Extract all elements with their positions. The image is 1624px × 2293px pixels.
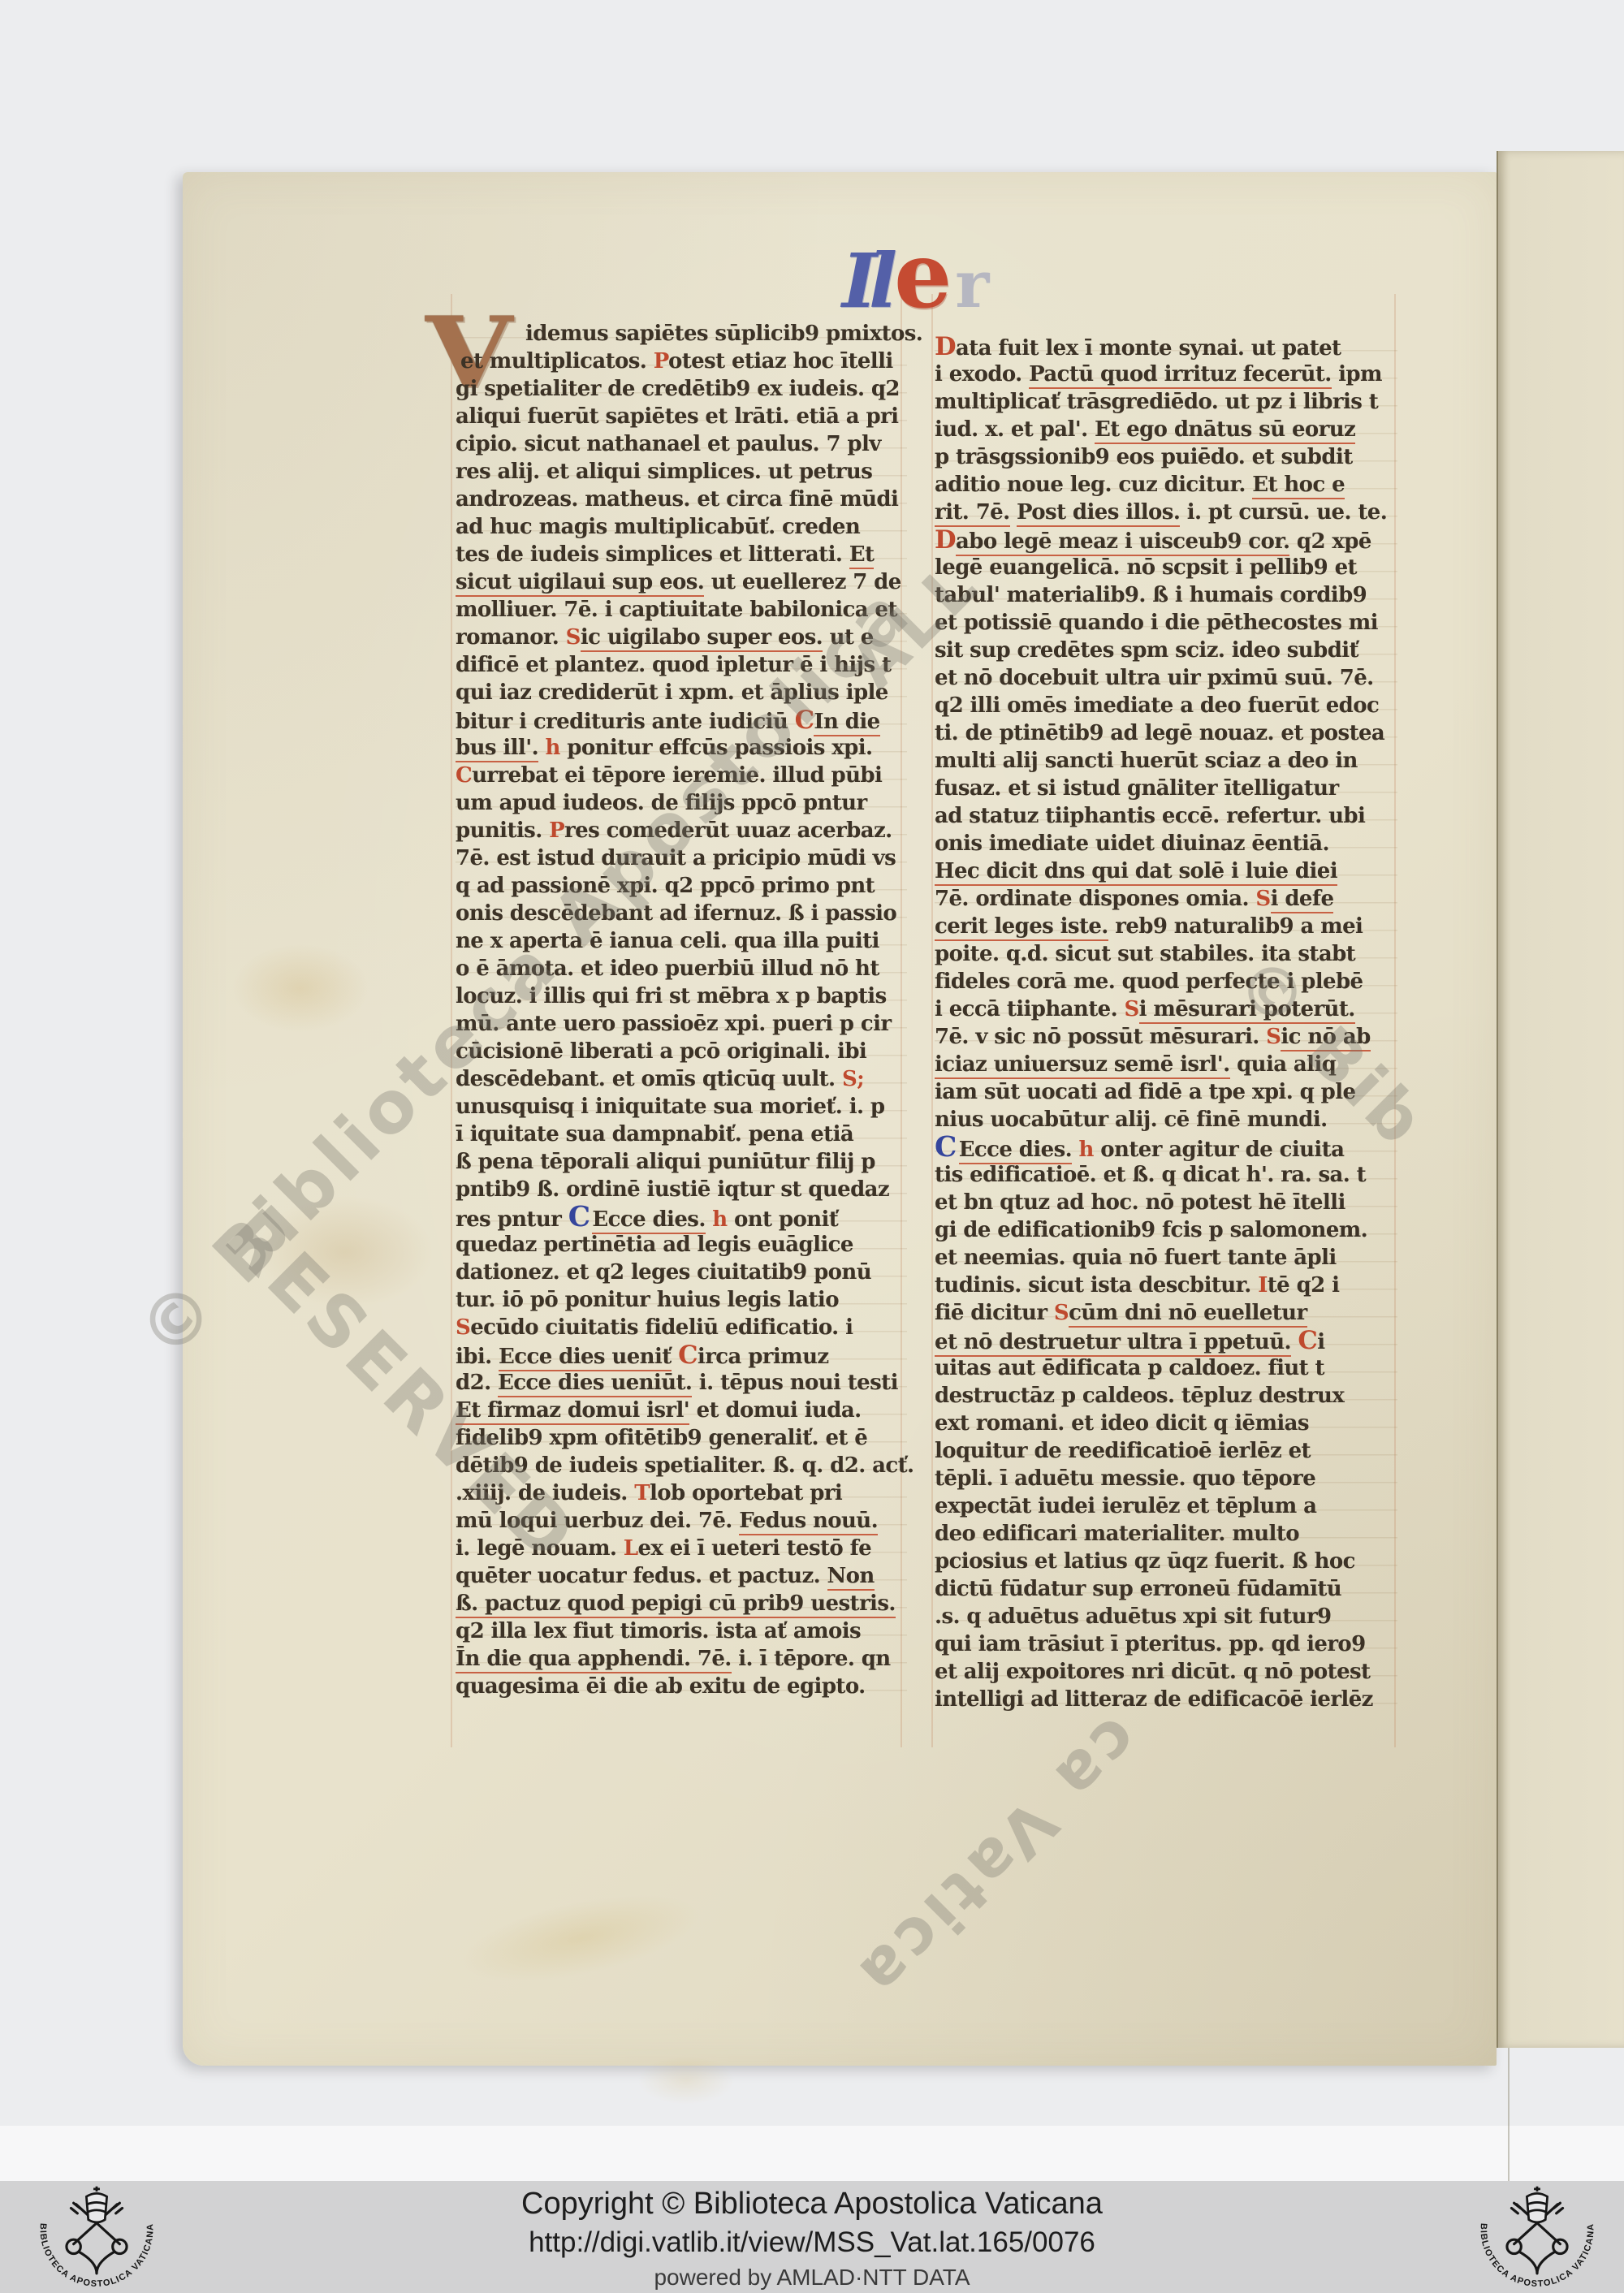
manuscript-line: et nō destruetur ultra ī ppetuū. Ci xyxy=(935,1327,1397,1354)
manuscript-line: bus ill'. h ponitur effcūs passiois xpi. xyxy=(456,734,907,762)
manuscript-line: molliuer. 7ē. i captiuitate babilonica e… xyxy=(456,596,907,624)
manuscript-line: Dabo legē meaz i uisceub9 cor. q2 xpē xyxy=(935,526,1397,554)
parchment-stain xyxy=(231,944,369,1033)
manuscript-line: ī iquitate sua dampnabiť. pena etiā xyxy=(456,1121,907,1148)
manuscript-line: i eccā tiiphante. Si mēsurari poterūt. xyxy=(935,995,1397,1023)
manuscript-line: 7ē. ordinate dispones omia. Si defe xyxy=(935,885,1397,913)
text-column-left: idemus sapiētes sūplicib9 pmixtos.et mul… xyxy=(456,320,907,1700)
manuscript-line: Secūdo ciuitatis fideliū edificatio. i xyxy=(456,1314,907,1341)
manuscript-line: intelligi ad litteraz de edificacōē ierl… xyxy=(935,1686,1397,1713)
manuscript-line: ß pena tēporali aliqui puniūtur filij p xyxy=(456,1148,907,1176)
footer-white-strip xyxy=(0,2126,1624,2181)
parchment-stain xyxy=(637,2056,735,2105)
facing-page-edge xyxy=(1497,151,1624,2048)
manuscript-line: romanor. Sic uigilabo super eos. ut e xyxy=(456,624,907,651)
manuscript-line: descēdebant. et omīs qticūq uult. S; xyxy=(456,1065,907,1093)
manuscript-line: ti. de ptinētib9 ad legē nouaz. et poste… xyxy=(935,719,1397,747)
manuscript-line: Data fuit lex ī monte synai. ut patet xyxy=(935,333,1397,361)
manuscript-line: dationez. et q2 leges ciuitatib9 ponū xyxy=(456,1259,907,1286)
footer-copyright: Copyright © Biblioteca Apostolica Vatica… xyxy=(0,2184,1624,2223)
ruling-guide xyxy=(931,294,933,1747)
manuscript-line: q2 illa lex fiut timoris. ista ať amois xyxy=(456,1617,907,1645)
manuscript-line: cerit leges iste. reb9 naturalib9 a mei xyxy=(935,913,1397,940)
running-title-offset-ghost: r xyxy=(955,246,989,322)
manuscript-line: um apud iudeos. de filijs ppcō pntur xyxy=(456,789,907,817)
manuscript-line: quēter uocatur fedus. et pactuz. Non xyxy=(456,1562,907,1590)
manuscript-line: tabul' materialib9. ß i humais cordib9 xyxy=(935,581,1397,609)
manuscript-line: ext romani. et ideo dicit q iēmias xyxy=(935,1410,1397,1437)
manuscript-line: q ad passionē xpi. q2 ppcō primo pnt xyxy=(456,872,907,900)
manuscript-line: fidelib9 xpm ofitētib9 generaliť. et ē xyxy=(456,1424,907,1452)
manuscript-line: sicut uigilaui sup eos. ut euellerez 7 d… xyxy=(456,568,907,596)
svg-text:BIBLIOTECA APOSTOLICA VATICANA: BIBLIOTECA APOSTOLICA VATICANA xyxy=(1478,2223,1596,2289)
manuscript-line: et bn qtuz ad hoc. nō potest hē ītelli xyxy=(935,1189,1397,1216)
manuscript-line: uitas aut ēdificata p caldoez. fiut t xyxy=(935,1354,1397,1382)
text-column-right: Data fuit lex ī monte synai. ut pateti e… xyxy=(935,333,1397,1713)
manuscript-line: iam sūt uocati ad fidē a tpe xpi. q ple xyxy=(935,1078,1397,1106)
running-title-red: e xyxy=(894,222,952,329)
manuscript-line: gi de edificationib9 fcis p salomonem. xyxy=(935,1216,1397,1244)
manuscript-line: Īn die qua apphendi. 7ē. i. ī tēpore. qn xyxy=(456,1645,907,1673)
manuscript-line: Currebat ei tēpore ieremie. illud pūbi xyxy=(456,762,907,789)
manuscript-line: idemus sapiētes sūplicib9 pmixtos. xyxy=(456,320,907,348)
manuscript-line: qui iaz crediderūt i xpm. et āplius iple xyxy=(456,679,907,706)
manuscript-line: q2 illi omēs imediate a deo fuerūt edoc xyxy=(935,692,1397,719)
manuscript-line: .xiiij. de iudeis. Tlob oportebat pri xyxy=(456,1479,907,1507)
logo-caption: BIBLIOTECA APOSTOLICA VATICANA xyxy=(37,2223,155,2289)
manuscript-line: ad huc magis multiplicabūť. creden xyxy=(456,513,907,541)
logo-caption: BIBLIOTECA APOSTOLICA VATICANA xyxy=(1478,2223,1596,2289)
manuscript-line: 7ē. v sic nō possūt mēsurari. Sic nō ab xyxy=(935,1023,1397,1051)
footer-text: Copyright © Biblioteca Apostolica Vatica… xyxy=(0,2184,1624,2293)
manuscript-line: et multiplicatos. Potest etiaz hoc ītell… xyxy=(456,348,907,375)
manuscript-line: aditio noue leg. cuz dicitur. Et hoc e xyxy=(935,471,1397,499)
manuscript-line: loquitur de reedificatioē ierlēz et xyxy=(935,1437,1397,1465)
papal-tiara-icon xyxy=(86,2187,106,2222)
manuscript-line: qui iam trāsiut ī pteritus. pp. qd iero9 xyxy=(935,1630,1397,1658)
scan-viewport: Iler V idemus sapiētes sūplicib9 pmixtos… xyxy=(0,0,1624,2293)
parchment-stain xyxy=(454,1877,707,1999)
manuscript-line: gi spetialiter de credētib9 ex iudeis. q… xyxy=(456,375,907,403)
manuscript-line: cipio. sicut nathanael et paulus. 7 plv xyxy=(456,430,907,458)
manuscript-line: quagesima ēi die ab exitu de egipto. xyxy=(456,1673,907,1700)
manuscript-line: pciosius et latius qz ūqz fuerit. ß hoc xyxy=(935,1548,1397,1575)
manuscript-line: d2. Ecce dies ueniūt. i. tēpus noui test… xyxy=(456,1369,907,1397)
manuscript-line: p trāsgssionib9 eos puiēdo. et subdit xyxy=(935,443,1397,471)
manuscript-line: onis imediate uidet diuinaz ēentiā. xyxy=(935,830,1397,857)
manuscript-line: fusaz. et si istud gnāliter ītelligatur xyxy=(935,775,1397,802)
manuscript-line: fideles corā me. quod perfecte i plebē xyxy=(935,968,1397,995)
manuscript-line: dētib9 de iudeis spetialiter. ß. q. d2. … xyxy=(456,1452,907,1479)
manuscript-line: .s. q aduētus aduētus xpi sit futur9 xyxy=(935,1603,1397,1630)
manuscript-line: mū loqui uerbuz dei. 7ē. Fedus nouū. xyxy=(456,1507,907,1535)
manuscript-line: destructāz p caldeos. tēpluz destrux xyxy=(935,1382,1397,1410)
running-title: Iler xyxy=(842,222,989,320)
footer-powered: powered by AMLAD·NTT DATA xyxy=(0,2261,1624,2293)
manuscript-line: tes de iudeis simplices et litterati. Et xyxy=(456,541,907,568)
manuscript-line: i. legē nouam. Lex ei ī ueteri testō fe xyxy=(456,1535,907,1562)
manuscript-line: cūcisionē liberati a pcō originali. ibi xyxy=(456,1038,907,1065)
manuscript-line: tudinis. sicut ista descbitur. Itē q2 i xyxy=(935,1272,1397,1299)
manuscript-line: et neemias. quia nō fuert tante āpli xyxy=(935,1244,1397,1272)
manuscript-line: tēpli. ī aduētu messie. quo tēpore xyxy=(935,1465,1397,1492)
manuscript-line: deo edificari materialiter. multo xyxy=(935,1520,1397,1548)
manuscript-line: iciaz uniuersuz semē isrl'. quia aliq xyxy=(935,1051,1397,1078)
manuscript-line: iud. x. et pal'. Et ego dnātus sū eoruz xyxy=(935,416,1397,443)
manuscript-line: res pntur CEcce dies. h ont poniť xyxy=(456,1203,907,1231)
manuscript-line: Et firmaz domui isrl' et domui iuda. xyxy=(456,1397,907,1424)
manuscript-line: i exodo. Pactū quod irrituz fecerūt. ipm xyxy=(935,361,1397,388)
manuscript-line: ß. pactuz quod pepigi cū prib9 uestris. xyxy=(456,1590,907,1617)
manuscript-line: tis edificatioē. et ß. q dicat h'. ra. s… xyxy=(935,1161,1397,1189)
manuscript-line: res alij. et aliqui simplices. ut petrus xyxy=(456,458,907,486)
manuscript-line: ad statuz tiiphantis eccē. refertur. ubi xyxy=(935,802,1397,830)
vatican-library-logo-left: BIBLIOTECA APOSTOLICA VATICANA xyxy=(19,2183,174,2291)
manuscript-line: dictū fūdatur sup erroneū fūdamītū xyxy=(935,1575,1397,1603)
footer-url: http://digi.vatlib.it/view/MSS_Vat.lat.1… xyxy=(0,2223,1624,2261)
manuscript-line: et nō docebuit ultra uir pximū suū. 7ē. xyxy=(935,664,1397,692)
manuscript-page: Iler V idemus sapiētes sūplicib9 pmixtos… xyxy=(183,172,1497,2066)
running-title-blue: Il xyxy=(842,237,889,325)
manuscript-line: unusquisq i iniquitate sua morieť. i. p xyxy=(456,1093,907,1121)
manuscript-line: et alij expoitores nri dicūt. q nō potes… xyxy=(935,1658,1397,1686)
papal-tiara-icon xyxy=(1527,2187,1547,2222)
manuscript-line: quedaz pertinētia ad legis euāglice xyxy=(456,1231,907,1259)
manuscript-line: ne x aperta ē ianua celi. qua illa puiti xyxy=(456,927,907,955)
manuscript-line: onis descēdebant ad ifernuz. ß i passio xyxy=(456,900,907,927)
vatican-library-logo-right: BIBLIOTECA APOSTOLICA VATICANA xyxy=(1460,2183,1614,2291)
manuscript-line: o ē āmota. et ideo puerbiū illud nō ht xyxy=(456,955,907,982)
manuscript-line: ibi. Ecce dies ueniť Circa primuz xyxy=(456,1341,907,1369)
page-edge-line xyxy=(1508,2048,1510,2181)
manuscript-line: aliqui fuerūt sapiētes et lrāti. etiā a … xyxy=(456,403,907,430)
manuscript-line: pntib9 ß. ordinē iustiē iqtur st quedaz xyxy=(456,1176,907,1203)
manuscript-line: 7ē. est istud durauit a pricipio mūdi vs xyxy=(456,844,907,872)
manuscript-line: poite. q.d. sicut sut stabiles. ita stab… xyxy=(935,940,1397,968)
manuscript-line: fiē dicitur Scūm dni nō euelletur xyxy=(935,1299,1397,1327)
manuscript-line: expectāt iudei ierulēz et tēplum a xyxy=(935,1492,1397,1520)
manuscript-line: nius uocabūtur alij. cē finē mundi. xyxy=(935,1106,1397,1134)
manuscript-line: mū. ante uero passioēz xpi. pueri p cir xyxy=(456,1010,907,1038)
manuscript-line: Hec dicit dns qui dat solē i luie diei xyxy=(935,857,1397,885)
manuscript-line: tur. iō pō ponitur huius legis latio xyxy=(456,1286,907,1314)
manuscript-line: multi alij sancti huerūt sciaz a deo in xyxy=(935,747,1397,775)
manuscript-line: et potissiē quando i die pēthecostes mi xyxy=(935,609,1397,637)
svg-text:BIBLIOTECA APOSTOLICA VATICANA: BIBLIOTECA APOSTOLICA VATICANA xyxy=(37,2223,155,2289)
parchment-stain xyxy=(256,1195,434,1309)
ruling-guide xyxy=(451,294,452,1747)
manuscript-line: legē euangelicā. nō scpsit i pellib9 et xyxy=(935,554,1397,581)
manuscript-line: dificē et plantez. quod ipletur ē i hijs… xyxy=(456,651,907,679)
manuscript-line: rit. 7ē. Post dies illos. i. pt cursū. u… xyxy=(935,499,1397,526)
manuscript-line: CEcce dies. h onter agitur de ciuita xyxy=(935,1134,1397,1161)
manuscript-line: locuz. i illis qui fri st mēbra x p bapt… xyxy=(456,982,907,1010)
manuscript-line: punitis. Pres comederūt uuaz acerbaz. xyxy=(456,817,907,844)
manuscript-line: multiplicať trāsgrediēdo. ut pz i libris… xyxy=(935,388,1397,416)
manuscript-line: androzeas. matheus. et circa finē mūdi xyxy=(456,486,907,513)
manuscript-line: bitur i credituris ante iudiciū CIn die xyxy=(456,706,907,734)
manuscript-line: sit sup credētes spm sciz. ideo subdiť xyxy=(935,637,1397,664)
